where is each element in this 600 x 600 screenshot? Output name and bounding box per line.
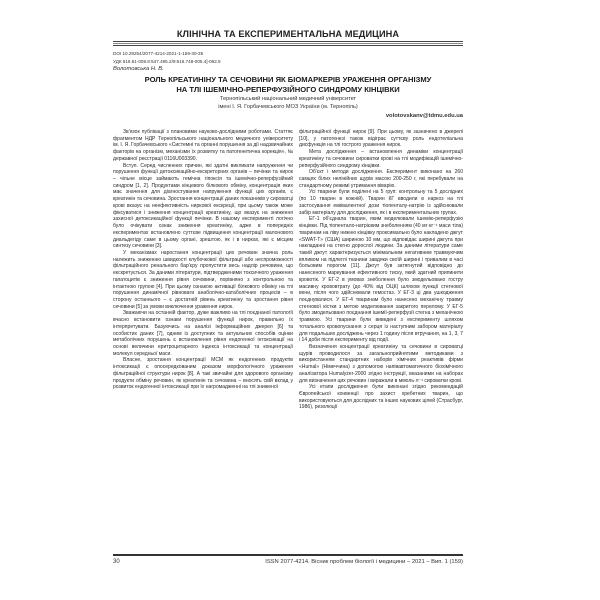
paragraph: Мета дослідження – встановлення динаміки… xyxy=(299,149,463,169)
affiliation: Тернопільський національний медичний уні… xyxy=(113,96,463,112)
paragraph: Вступ. Серед численних причин, які здатн… xyxy=(113,163,293,250)
paragraph: У механізмах наростання концентрації цих… xyxy=(113,250,293,310)
paragraph: Усі етапи дослідження були виконані згід… xyxy=(299,384,463,411)
article-title-line: НА ТЛІ ІШЕМІЧНО-РЕПЕРФУЗІЙНОГО СИНДРОМУ … xyxy=(113,85,463,95)
journal-page: КЛІНІЧНА ТА ЕКСПЕРИМЕНТАЛЬНА МЕДИЦИНА DO… xyxy=(113,0,463,600)
affiliation-line: імені І. Я. Горбачевського МОЗ України (… xyxy=(113,104,463,112)
article-title: РОЛЬ КРЕАТИНІНУ ТА СЕЧОВИНИ ЯК БІОМАРКЕР… xyxy=(113,75,463,95)
paragraph: Визначення концентрації креатиніну та се… xyxy=(299,344,463,384)
doi: DOI 10.29254/2077-4214-2021-1-159-30-35 xyxy=(113,51,203,57)
paragraph: Об'єкт і методи дослідження. Експеримент… xyxy=(299,169,463,189)
author: Волотовська Н. В. xyxy=(113,66,164,72)
left-column: Зв'язок публікації з плановими науково-д… xyxy=(113,129,293,391)
paragraph: Власне, зростання концентрації МСМ як ен… xyxy=(113,357,293,391)
paragraph: Зв'язок публікації з плановими науково-д… xyxy=(113,129,293,163)
footer-rule xyxy=(113,554,463,556)
section-title: КЛІНІЧНА ТА ЕКСПЕРИМЕНТАЛЬНА МЕДИЦИНА xyxy=(113,29,463,39)
paragraph: фільтраційної функції нирок [9]. При цьо… xyxy=(299,129,463,149)
paragraph: ЕГ-1 об'єднала тварин, яким моделювали і… xyxy=(299,216,463,344)
paragraph: Зважаючи на останній фактор, дуже важлив… xyxy=(113,310,293,357)
udk-code: УДК 616.61-008.8:547.495.2/9:616.748-005… xyxy=(113,59,221,65)
right-column: фільтраційної функції нирок [9]. При цьо… xyxy=(299,129,463,411)
paragraph: Усі тварини були поділені на 5 груп: кон… xyxy=(299,189,463,216)
article-title-line: РОЛЬ КРЕАТИНІНУ ТА СЕЧОВИНИ ЯК БІОМАРКЕР… xyxy=(113,75,463,85)
journal-citation: ISSN 2077-4214. Вісник проблем біології … xyxy=(265,559,463,565)
author-email[interactable]: volotovskanv@tdmu.edu.ua xyxy=(386,113,463,119)
affiliation-line: Тернопільський національний медичний уні… xyxy=(113,96,463,104)
header-rule xyxy=(113,41,463,46)
page-number: 30 xyxy=(113,559,120,565)
